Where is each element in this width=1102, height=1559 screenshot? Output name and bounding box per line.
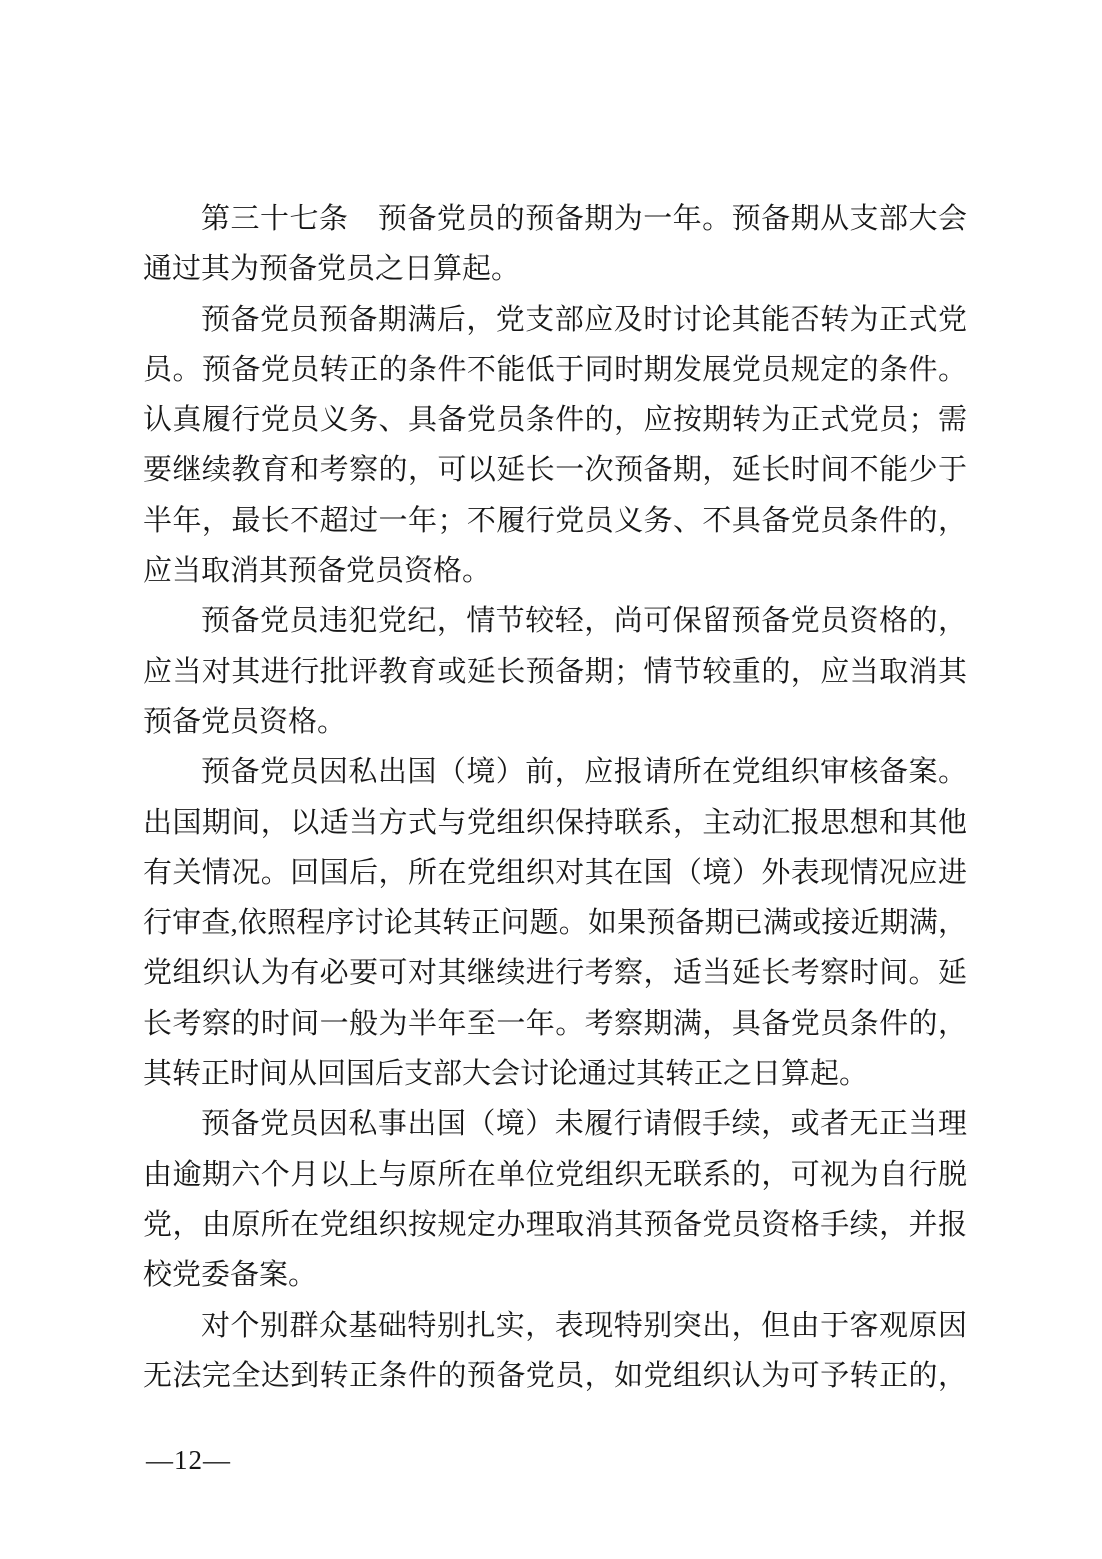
- text-line: 预备党员因私事出国（境）未履行请假手续，或者无正当理: [143, 1099, 967, 1149]
- text-line: 有关情况。回国后，所在党组织对其在国（境）外表现情况应进: [143, 848, 967, 898]
- text-line: 预备党员资格。: [143, 697, 967, 747]
- text-line: 由逾期六个月以上与原所在单位党组织无联系的，可视为自行脱: [143, 1150, 967, 1200]
- document-page: 第三十七条 预备党员的预备期为一年。预备期从支部大会通过其为预备党员之日算起。预…: [0, 0, 1102, 1559]
- text-line: 出国期间，以适当方式与党组织保持联系，主动汇报思想和其他: [143, 798, 967, 848]
- text-line: 员。预备党员转正的条件不能低于同时期发展党员规定的条件。: [143, 345, 967, 395]
- text-line: 应当取消其预备党员资格。: [143, 546, 967, 596]
- text-line: 其转正时间从回国后支部大会讨论通过其转正之日算起。: [143, 1049, 967, 1099]
- text-line: 第三十七条 预备党员的预备期为一年。预备期从支部大会: [143, 194, 967, 244]
- page-number: —12—: [146, 1445, 231, 1475]
- text-line: 应当对其进行批评教育或延长预备期；情节较重的，应当取消其: [143, 647, 967, 697]
- text-line: 预备党员因私出国（境）前，应报请所在党组织审核备案。: [143, 747, 967, 797]
- text-line: 预备党员违犯党纪，情节较轻，尚可保留预备党员资格的，: [143, 596, 967, 646]
- text-line: 半年，最长不超过一年；不履行党员义务、不具备党员条件的，: [143, 496, 967, 546]
- text-line: 校党委备案。: [143, 1250, 967, 1300]
- text-line: 党，由原所在党组织按规定办理取消其预备党员资格手续，并报: [143, 1200, 967, 1250]
- text-line: 党组织认为有必要可对其继续进行考察，适当延长考察时间。延: [143, 948, 967, 998]
- text-line: 无法完全达到转正条件的预备党员，如党组织认为可予转正的，: [143, 1351, 967, 1401]
- text-line: 要继续教育和考察的，可以延长一次预备期，延长时间不能少于: [143, 445, 967, 495]
- text-line: 预备党员预备期满后，党支部应及时讨论其能否转为正式党: [143, 295, 967, 345]
- article-body: 第三十七条 预备党员的预备期为一年。预备期从支部大会通过其为预备党员之日算起。预…: [143, 194, 967, 1401]
- text-line: 行审查,依照程序讨论其转正问题。如果预备期已满或接近期满，: [143, 898, 967, 948]
- text-line: 对个别群众基础特别扎实，表现特别突出，但由于客观原因: [143, 1301, 967, 1351]
- text-line: 长考察的时间一般为半年至一年。考察期满，具备党员条件的，: [143, 999, 967, 1049]
- page-footer: —12—: [146, 1444, 231, 1476]
- text-line: 认真履行党员义务、具备党员条件的，应按期转为正式党员；需: [143, 395, 967, 445]
- text-line: 通过其为预备党员之日算起。: [143, 244, 967, 294]
